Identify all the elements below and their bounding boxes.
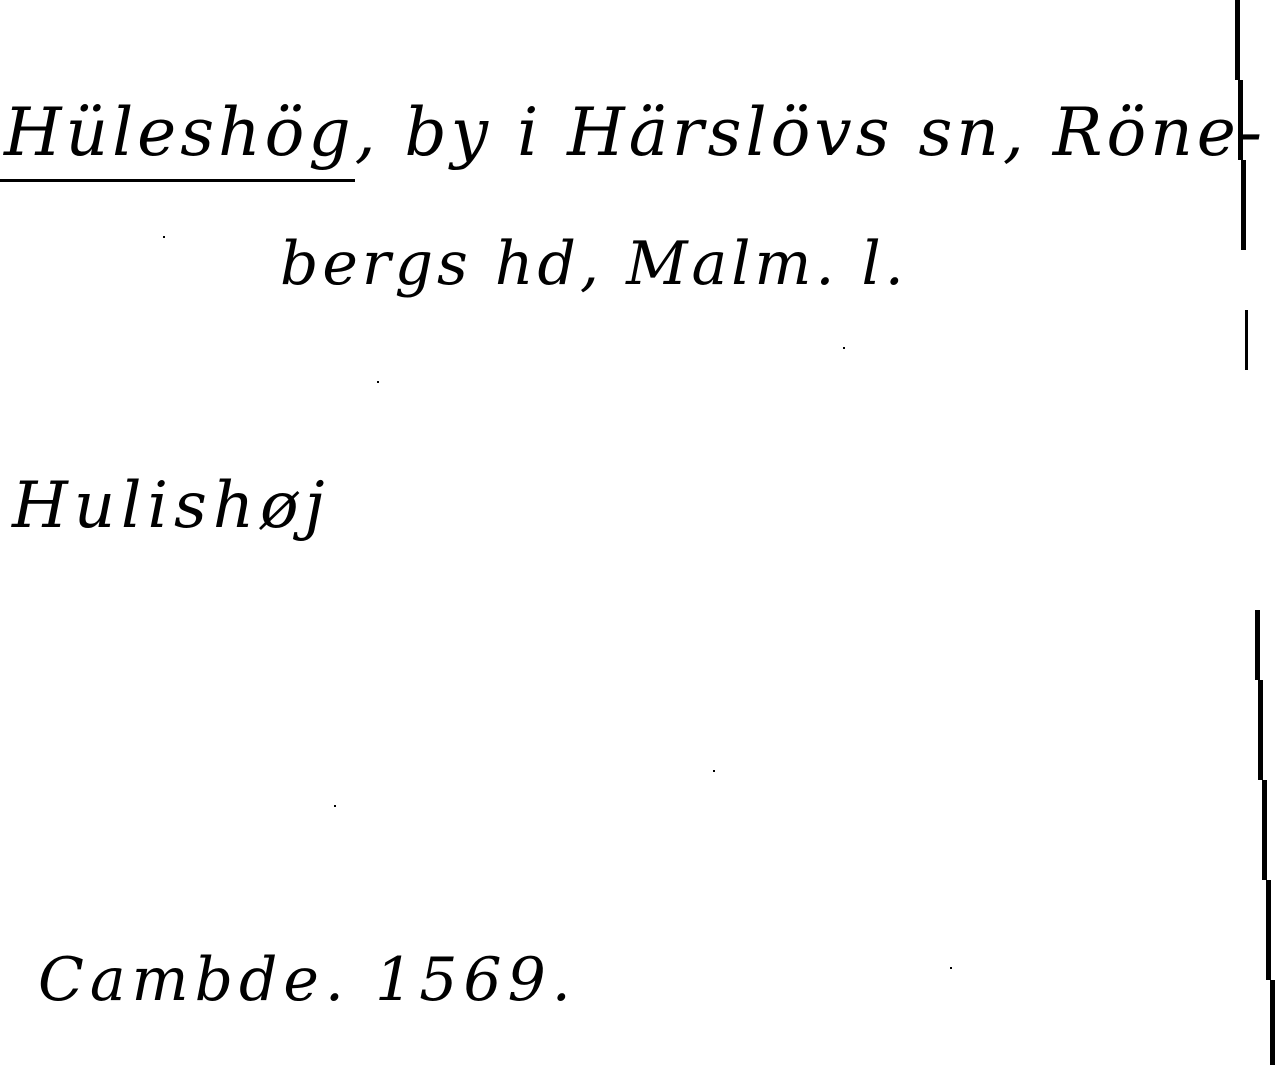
headword-underline [0,179,355,182]
entry-line-2: bergs hd, Malm. l. [280,234,908,294]
scan-speck [163,236,165,238]
card-edge-line [1270,980,1275,1065]
index-card: Hüleshög, by i Härslövs sn, Röne- bergs … [0,0,1276,1065]
scan-speck [713,770,715,772]
entry-line-1: Hüleshög, by i Härslövs sn, Röne- [4,100,1266,166]
source-reference: Cambde. 1569. [38,950,577,1010]
card-edge-line [1255,610,1260,680]
headword: Hüleshög [4,100,355,166]
variant-form: Hulishøj [12,474,330,538]
card-edge-line [1235,0,1240,80]
card-edge-line [1262,780,1267,880]
card-edge-line [1241,160,1246,250]
scan-speck [334,805,336,807]
scan-speck [377,381,379,383]
card-edge-line [1238,80,1243,160]
scan-speck [843,347,845,349]
headword-text: Hüleshög [4,94,355,171]
entry-line-1-text: , by i Härslövs sn, Röne- [355,94,1267,171]
card-edge-line [1258,680,1263,780]
card-edge-line [1266,880,1271,980]
scan-speck [950,967,952,969]
card-edge-line [1245,310,1248,370]
